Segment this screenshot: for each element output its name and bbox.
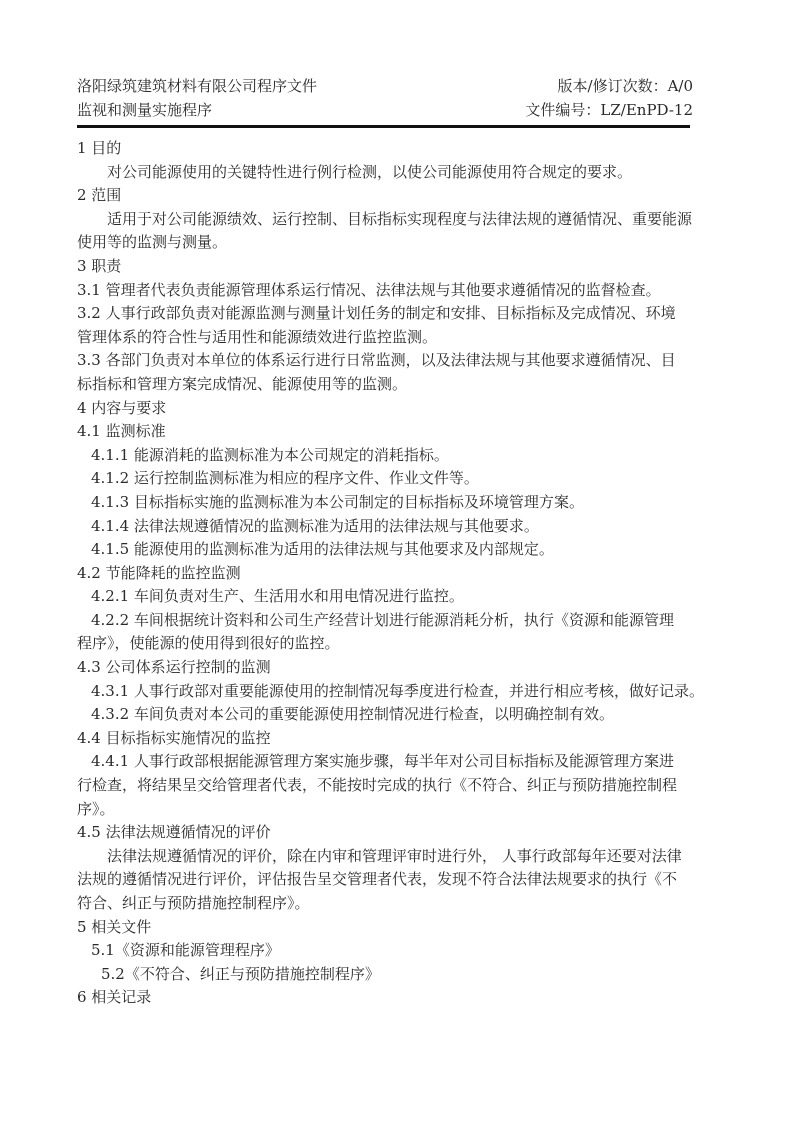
list-item: 4.1.1 能源消耗的监测标准为本公司规定的消耗指标。 — [77, 444, 727, 468]
list-item-continued: 行检查，将结果呈交给管理者代表，不能按时完成的执行《不符合、纠正与预防措施控制程 — [77, 774, 727, 798]
list-item-continued: 标指标和管理方案完成情况、能源使用等的监测。 — [77, 373, 727, 397]
header-row-1: 洛阳绿筑建筑材料有限公司程序文件 版本/修订次数：A/0 — [77, 74, 693, 98]
list-item: 4.1.5 能源使用的监测标准为适用的法律法规与其他要求及内部规定。 — [77, 538, 727, 562]
document-number: 文件编号：LZ/EnPD-12 — [525, 98, 693, 122]
subsection-heading: 4.5 法律法规遵循情况的评价 — [77, 821, 727, 845]
list-item-continued: 程序》，使能源的使用得到很好的监控。 — [77, 632, 727, 656]
list-item: 4.1.4 法律法规遵循情况的监测标准为适用的法律法规与其他要求。 — [77, 515, 727, 539]
list-item: 4.3.1 人事行政部对重要能源使用的控制情况每季度进行检查，并进行相应考核，做… — [77, 680, 727, 704]
document-header: 洛阳绿筑建筑材料有限公司程序文件 版本/修订次数：A/0 监视和测量实施程序 文… — [77, 74, 693, 122]
list-item: 3.3 各部门负责对本单位的体系运行进行日常监测，以及法律法规与其他要求遵循情况… — [77, 349, 727, 373]
section-heading: 3 职责 — [77, 255, 727, 279]
list-item: 4.1.3 目标指标实施的监测标准为本公司制定的目标指标及环境管理方案。 — [77, 491, 727, 515]
paragraph-line: 法规的遵循情况进行评价，评估报告呈交管理者代表，发现不符合法律法规要求的执行《不 — [77, 868, 727, 892]
list-item: 3.1 管理者代表负责能源管理体系运行情况、法律法规与其他要求遵循情况的监督检查… — [77, 279, 727, 303]
list-item: 4.4.1 人事行政部根据能源管理方案实施步骤，每半年对公司目标指标及能源管理方… — [77, 750, 727, 774]
procedure-title: 监视和测量实施程序 — [77, 98, 212, 122]
paragraph-line: 法律法规遵循情况的评价，除在内审和管理评审时进行外， 人事行政部每年还要对法律 — [77, 845, 727, 869]
subsection-heading: 4.3 公司体系运行控制的监测 — [77, 656, 727, 680]
version-label: 版本/修订次数：A/0 — [558, 74, 693, 98]
subsection-heading: 4.2 节能降耗的监控监测 — [77, 562, 727, 586]
document-page: 洛阳绿筑建筑材料有限公司程序文件 版本/修订次数：A/0 监视和测量实施程序 文… — [0, 0, 800, 1130]
list-item: 4.3.2 车间负责对本公司的重要能源使用控制情况进行检查，以明确控制有效。 — [77, 703, 727, 727]
list-item: 4.2.1 车间负责对生产、生活用水和用电情况进行监控。 — [77, 585, 727, 609]
section-heading: 6 相关记录 — [77, 986, 727, 1010]
section-heading: 5 相关文件 — [77, 916, 727, 940]
list-item: 4.1.2 运行控制监测标准为相应的程序文件、作业文件等。 — [77, 467, 727, 491]
paragraph-line: 适用于对公司能源绩效、运行控制、目标指标实现程度与法律法规的遵循情况、重要能源 — [77, 208, 727, 232]
paragraph-line: 使用等的监测与测量。 — [77, 231, 727, 255]
list-item-continued: 序》。 — [77, 798, 727, 822]
list-item: 3.2 人事行政部负责对能源监测与测量计划任务的制定和安排、目标指标及完成情况、… — [77, 302, 727, 326]
section-heading: 4 内容与要求 — [77, 397, 727, 421]
list-item: 4.2.2 车间根据统计资料和公司生产经营计划进行能源消耗分析，执行《资源和能源… — [77, 609, 727, 633]
paragraph-line: 对公司能源使用的关键特性进行例行检测，以使公司能源使用符合规定的要求。 — [77, 161, 727, 185]
subsection-heading: 4.1 监测标准 — [77, 420, 727, 444]
subsection-heading: 4.4 目标指标实施情况的监控 — [77, 727, 727, 751]
list-item: 5.1《资源和能源管理程序》 — [77, 939, 727, 963]
header-row-2: 监视和测量实施程序 文件编号：LZ/EnPD-12 — [77, 98, 693, 122]
document-body: 1 目的 对公司能源使用的关键特性进行例行检测，以使公司能源使用符合规定的要求。… — [77, 137, 727, 1010]
section-heading: 2 范围 — [77, 184, 727, 208]
section-heading: 1 目的 — [77, 137, 727, 161]
paragraph-line: 符合、纠正与预防措施控制程序》。 — [77, 892, 727, 916]
list-item-continued: 管理体系的符合性与适用性和能源绩效进行监控监测。 — [77, 326, 727, 350]
header-divider — [77, 125, 690, 128]
company-document-title: 洛阳绿筑建筑材料有限公司程序文件 — [77, 74, 317, 98]
list-item: 5.2《不符合、纠正与预防措施控制程序》 — [77, 963, 727, 987]
